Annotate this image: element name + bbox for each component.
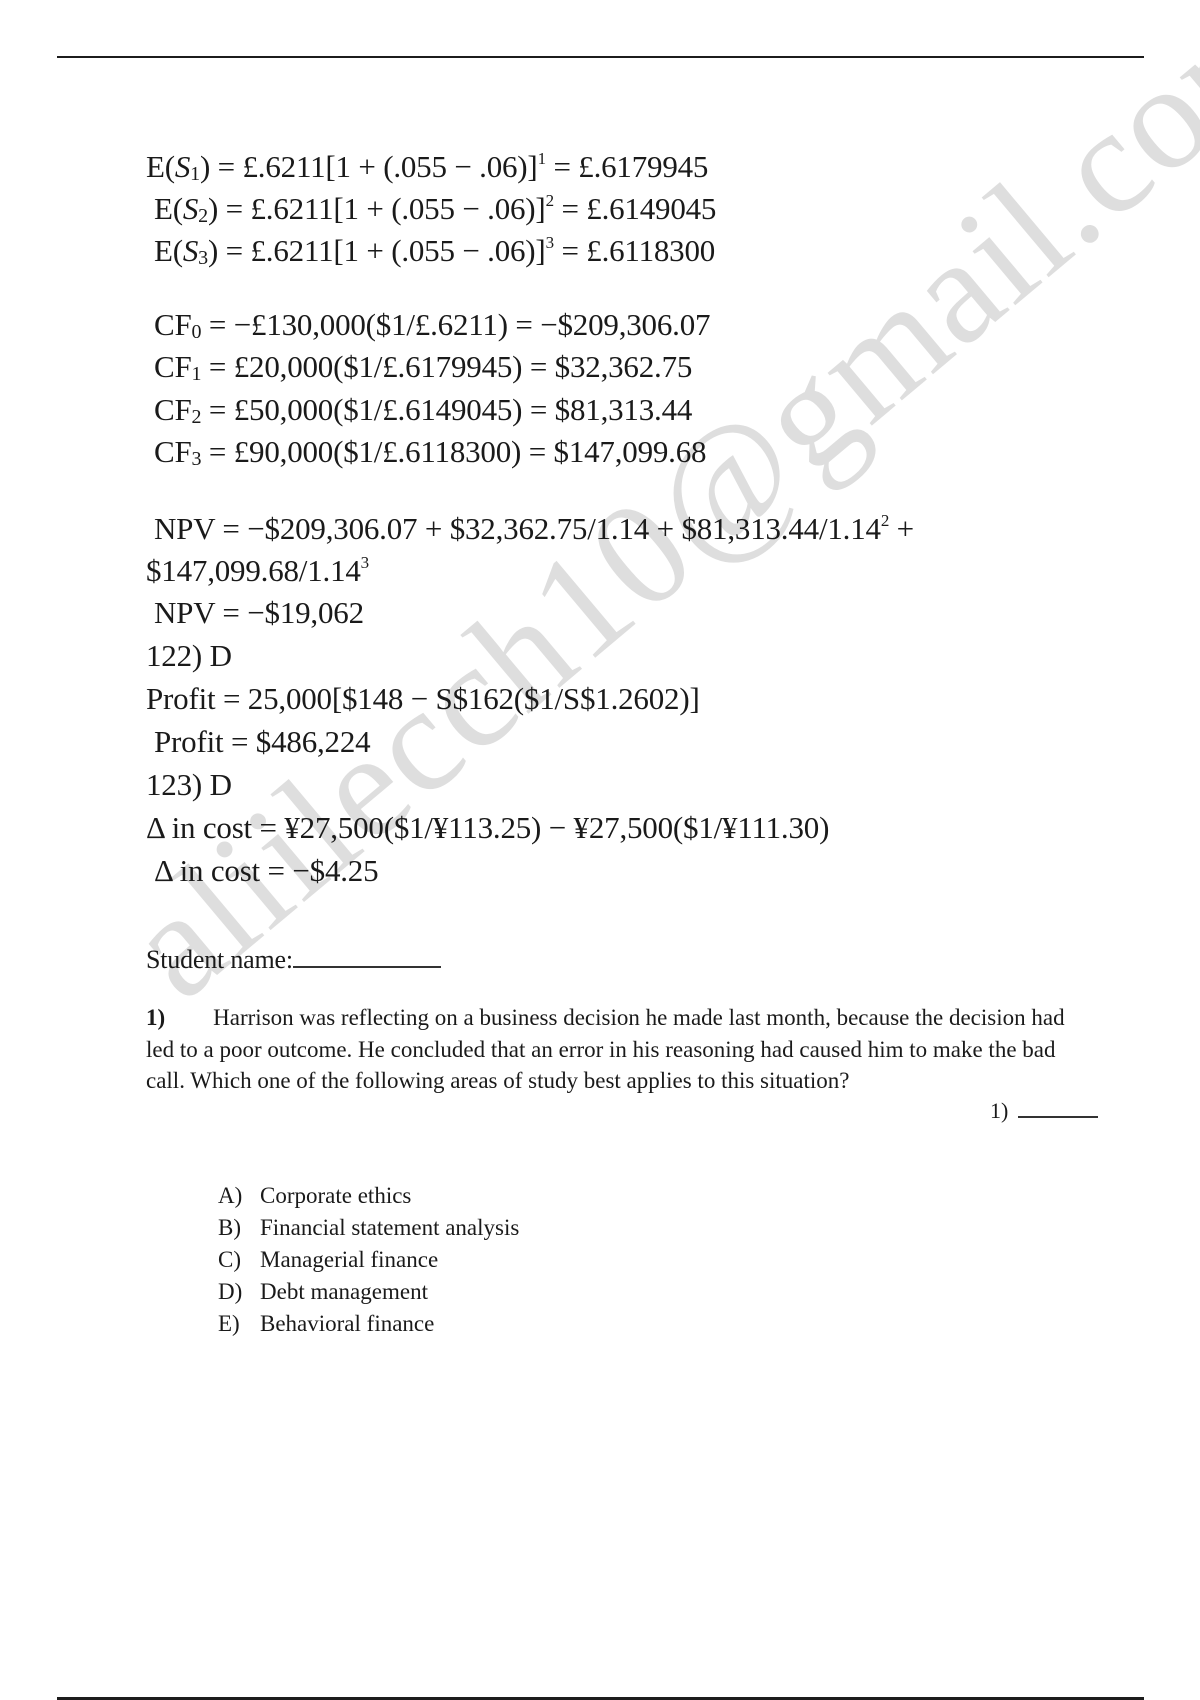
student-name-blank[interactable] <box>293 966 441 968</box>
question-123-result: Δ in cost = −$4.25 <box>154 855 378 886</box>
student-name-row: Student name: <box>146 947 441 973</box>
cash-flow-3: CF3 = £90,000($1/£.6118300) = $147,099.6… <box>154 436 706 469</box>
choice-e[interactable]: E)Behavioral finance <box>218 1311 434 1337</box>
choice-a[interactable]: A)Corporate ethics <box>218 1183 411 1209</box>
cash-flow-2: CF2 = £50,000($1/£.6149045) = $81,313.44 <box>154 394 692 427</box>
choice-d[interactable]: D)Debt management <box>218 1279 428 1305</box>
cash-flow-1: CF1 = £20,000($1/£.6179945) = $32,362.75 <box>154 351 692 384</box>
choice-c[interactable]: C)Managerial finance <box>218 1247 438 1273</box>
question-122-result: Profit = $486,224 <box>154 726 370 757</box>
question-122-formula: Profit = 25,000[$148 − S$162($1/S$1.2602… <box>146 683 700 714</box>
expected-spot-2: E(S2) = £.6211[1 + (.055 − .06)]2 = £.61… <box>154 192 716 226</box>
cash-flow-0: CF0 = −£130,000($1/£.6211) = −$209,306.0… <box>154 309 710 342</box>
question-1: 1)Harrison was reflecting on a business … <box>146 1002 1096 1097</box>
answer-blank[interactable] <box>1018 1116 1098 1118</box>
answer-label: 1) <box>990 1098 1008 1123</box>
question-122-answer: 122) D <box>146 640 232 671</box>
question-123-answer: 123) D <box>146 769 232 800</box>
npv-formula-line2: $147,099.68/1.143 <box>146 554 369 586</box>
npv-formula-line1: NPV = −$209,306.07 + $32,362.75/1.14 + $… <box>154 512 914 544</box>
question-123-formula: Δ in cost = ¥27,500($1/¥113.25) − ¥27,50… <box>146 812 829 843</box>
expected-spot-3: E(S3) = £.6211[1 + (.055 − .06)]3 = £.61… <box>154 234 715 268</box>
choice-b[interactable]: B)Financial statement analysis <box>218 1215 519 1241</box>
header-rule <box>57 56 1144 58</box>
question-number: 1) <box>146 1005 165 1030</box>
npv-result: NPV = −$19,062 <box>154 597 364 628</box>
answer-slot: 1) <box>990 1098 1098 1124</box>
expected-spot-1: E(S1) = £.6211[1 + (.055 − .06)]1 = £.61… <box>146 150 708 184</box>
question-text: Harrison was reflecting on a business de… <box>146 1005 1065 1093</box>
student-name-label: Student name: <box>146 945 293 974</box>
